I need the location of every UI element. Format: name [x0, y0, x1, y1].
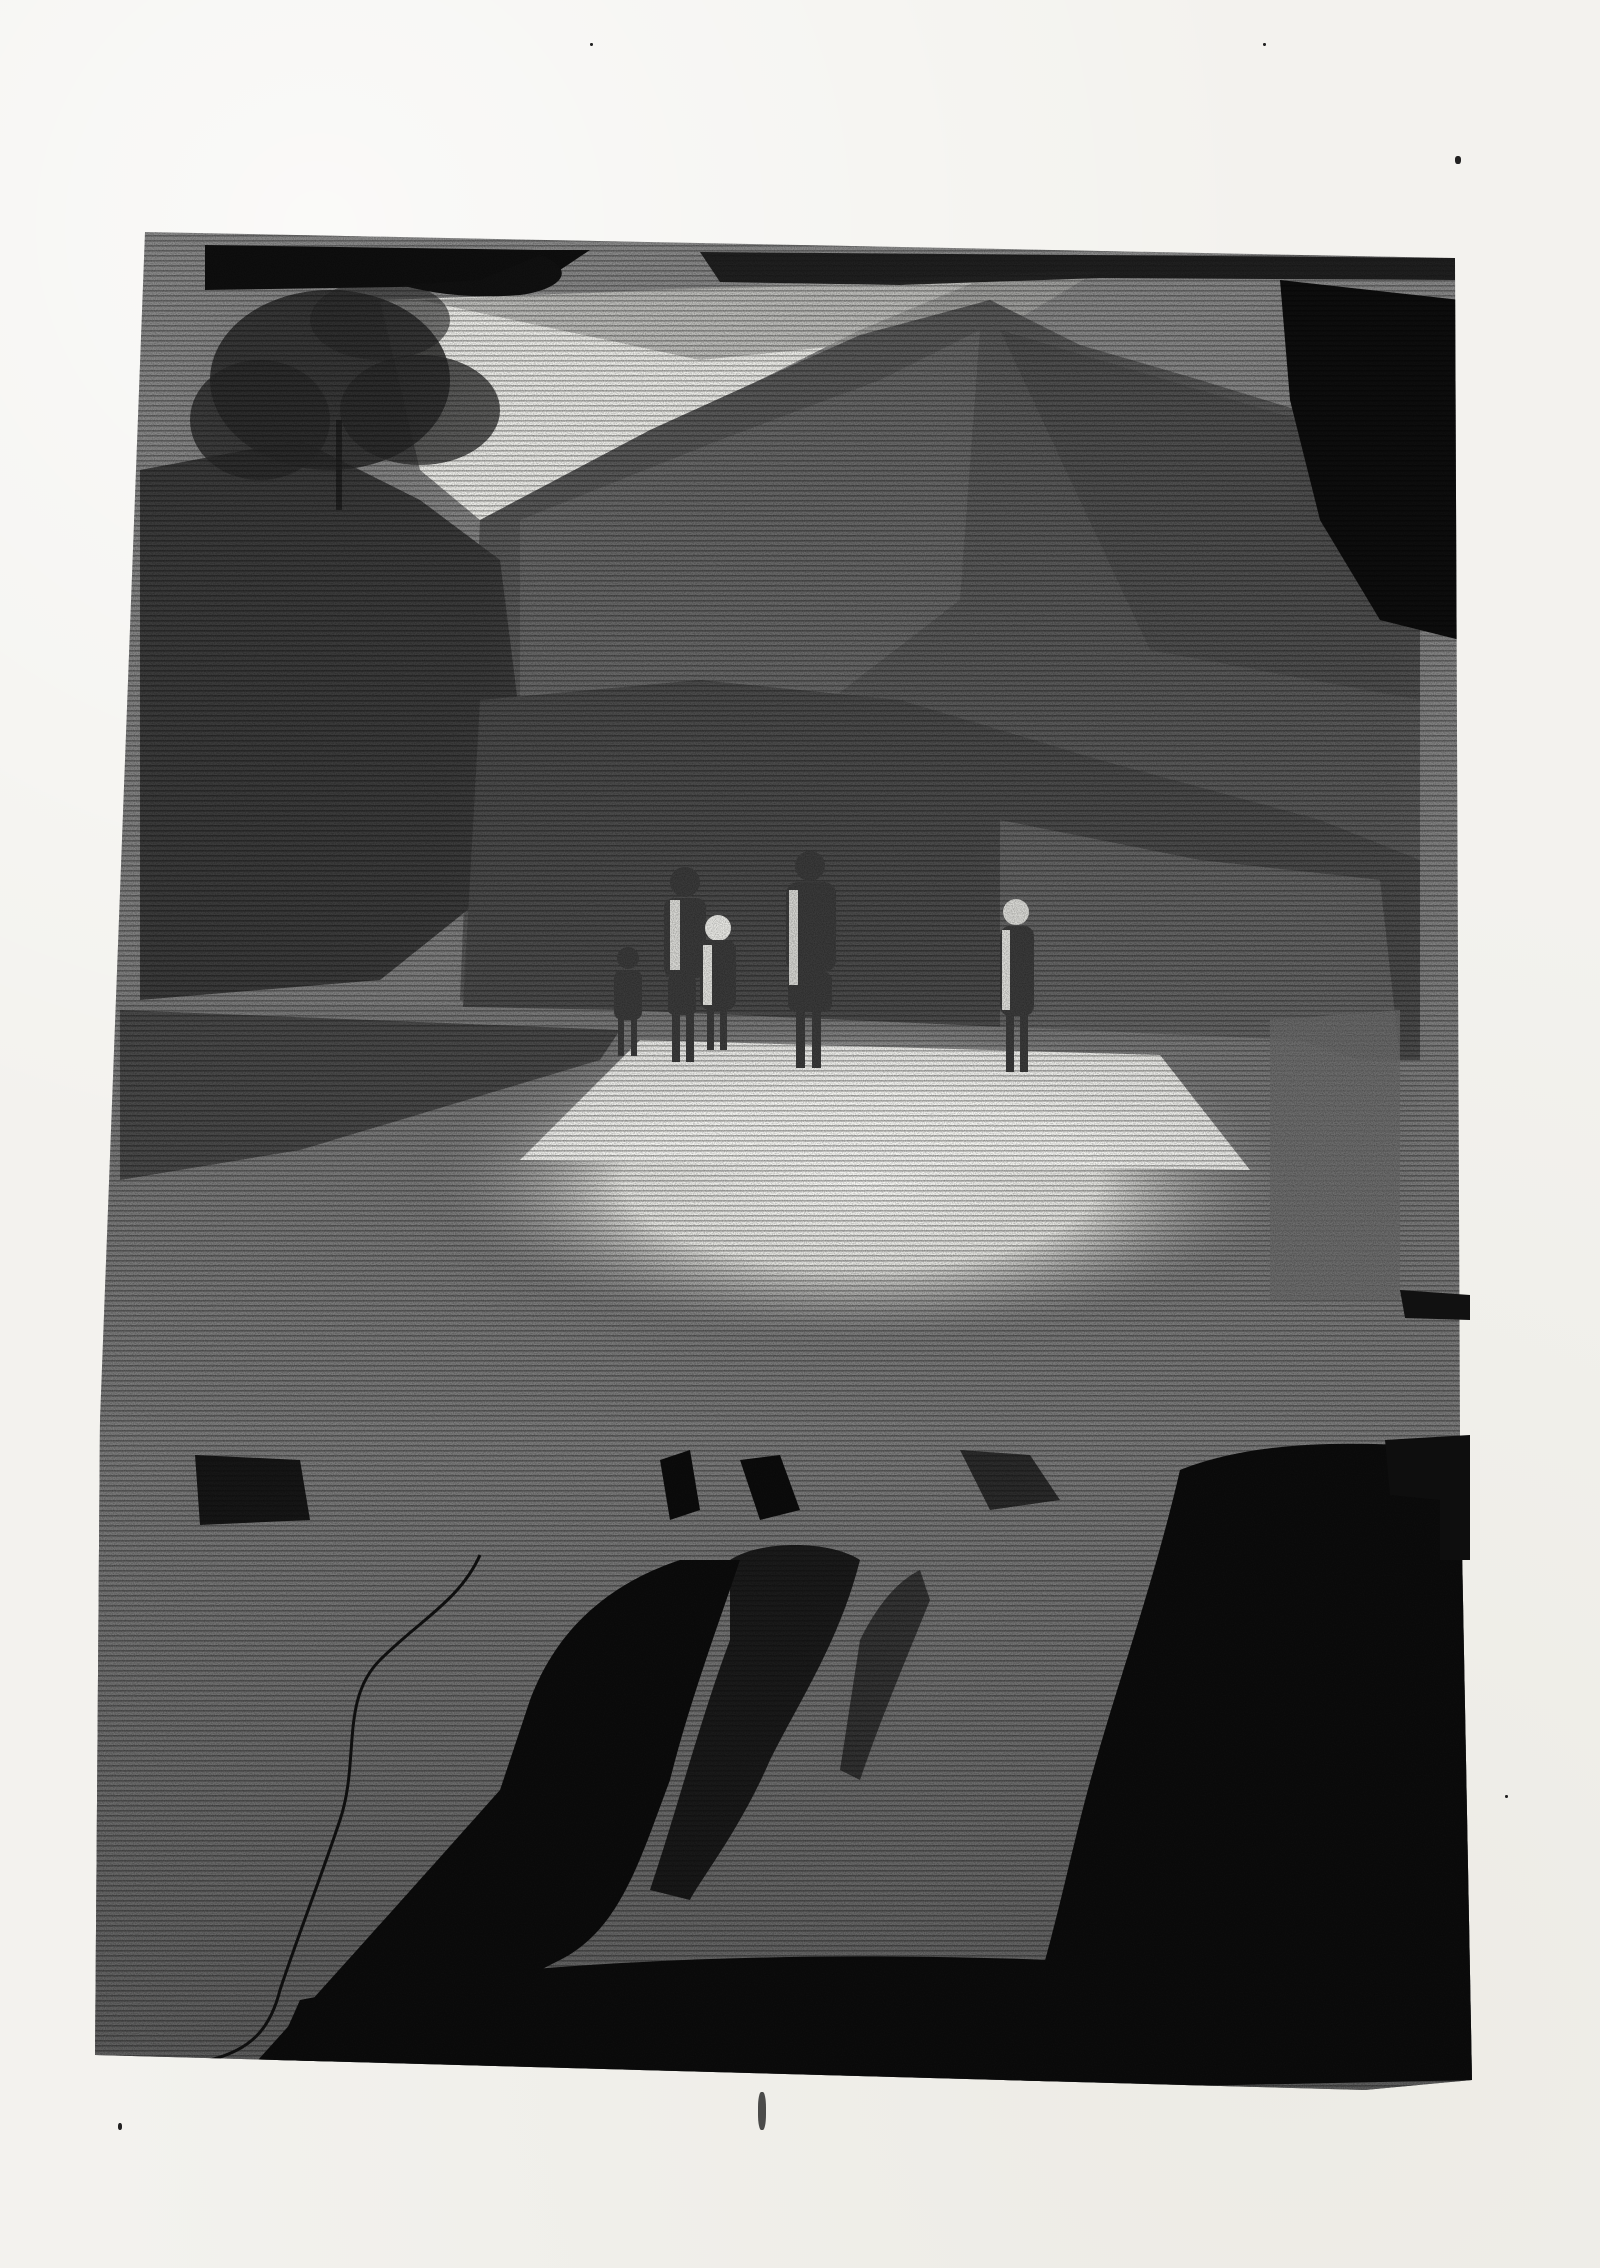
scan-speck [1263, 43, 1266, 46]
scan-speck [590, 43, 593, 46]
toner-grain [90, 225, 1480, 2105]
scan-speck [758, 2092, 766, 2130]
photo-area [90, 225, 1480, 2110]
scan-speck [118, 2123, 122, 2130]
scan-speck [1455, 156, 1461, 164]
edge-artifact [1400, 1290, 1470, 1320]
photocopy-print [0, 0, 1600, 2268]
scan-speck [1505, 1795, 1508, 1798]
